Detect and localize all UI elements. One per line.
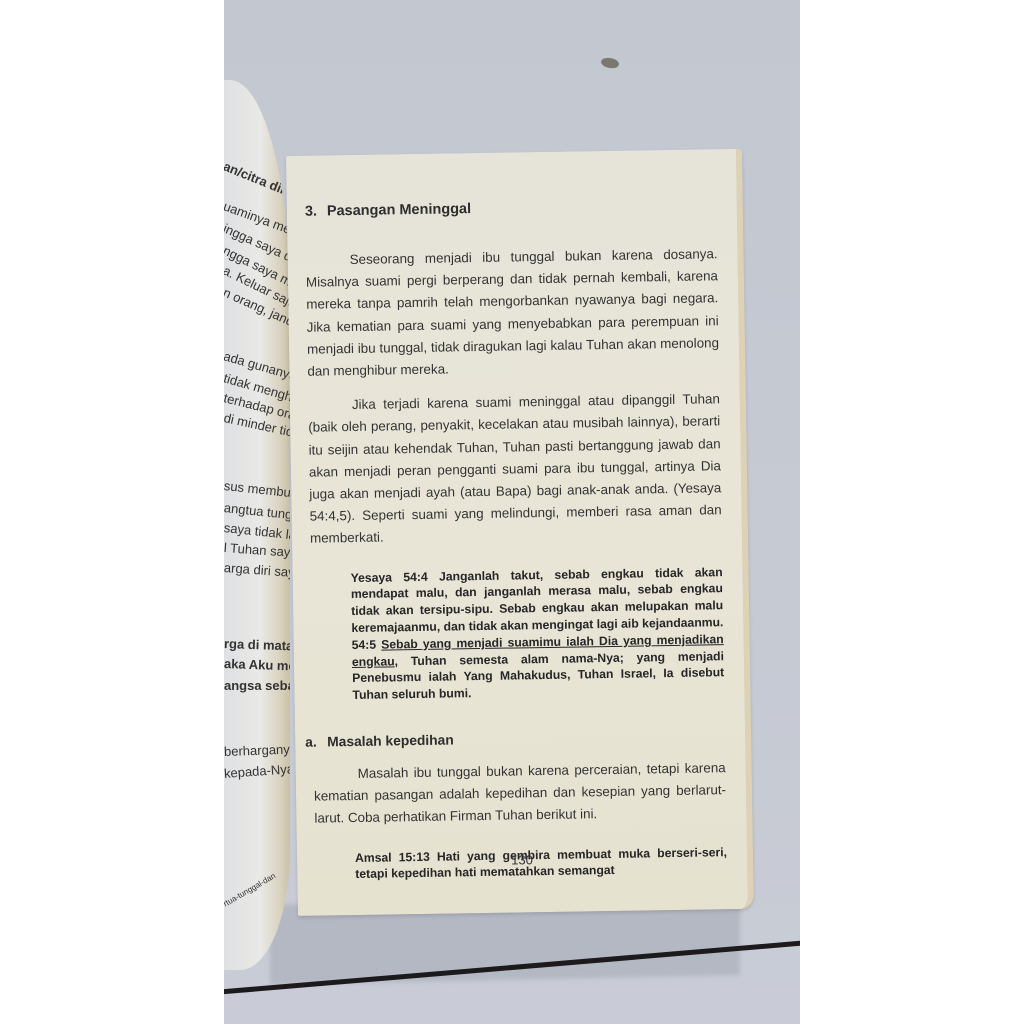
paragraph-2: Jika terjadi karena suami meninggal atau… xyxy=(308,388,722,550)
left-page-curl: an/citra diriuaminya meningingga saya da… xyxy=(224,80,290,970)
section-heading: 3.Pasangan Meninggal xyxy=(305,197,717,219)
book-page: 3.Pasangan Meninggal Seseorang menjadi i… xyxy=(286,149,754,916)
left-page-text-fragment: l Tuhan saya xyxy=(224,540,290,560)
paragraph-1: Seseorang menjadi ibu tunggal bukan kare… xyxy=(305,243,719,383)
photo-scene: an/citra diriuaminya meningingga saya da… xyxy=(224,0,800,1024)
left-page-text-fragment: rga di mata-K xyxy=(224,636,290,654)
left-page-text-fragment: angsa sebagai xyxy=(224,678,290,693)
page-content: 3.Pasangan Meninggal Seseorang menjadi i… xyxy=(305,197,728,884)
section-title: Pasangan Meninggal xyxy=(327,201,471,219)
subsection-title: Masalah kepedihan xyxy=(327,732,454,749)
left-page-text-fragment: rtua-tunggal-dan xyxy=(224,871,277,908)
paragraph-3: Masalah ibu tunggal bukan karena percera… xyxy=(314,757,727,830)
quote-text-after: , Tuhan semesta alam nama-Nya; yang menj… xyxy=(352,649,724,702)
scripture-quote-yesaya: Yesaya 54:4 Janganlah takut, sebab engka… xyxy=(351,564,725,704)
section-number: 3. xyxy=(305,203,327,219)
subsection-number: a. xyxy=(305,734,327,749)
subsection-heading: a.Masalah kepedihan xyxy=(305,728,725,750)
left-page-text-fragment: an/citra diri xyxy=(224,159,290,199)
left-page-text-fragment: berharganya xyxy=(224,741,290,759)
left-page-text-fragment: aka Aku mem xyxy=(224,656,290,674)
left-page-text-fragment: sus membua xyxy=(224,478,290,501)
surface-stain xyxy=(600,57,619,70)
left-page-text-fragment: kepada-Nya xyxy=(224,761,290,781)
left-page-text-fragment: arga diri saya xyxy=(224,560,290,580)
